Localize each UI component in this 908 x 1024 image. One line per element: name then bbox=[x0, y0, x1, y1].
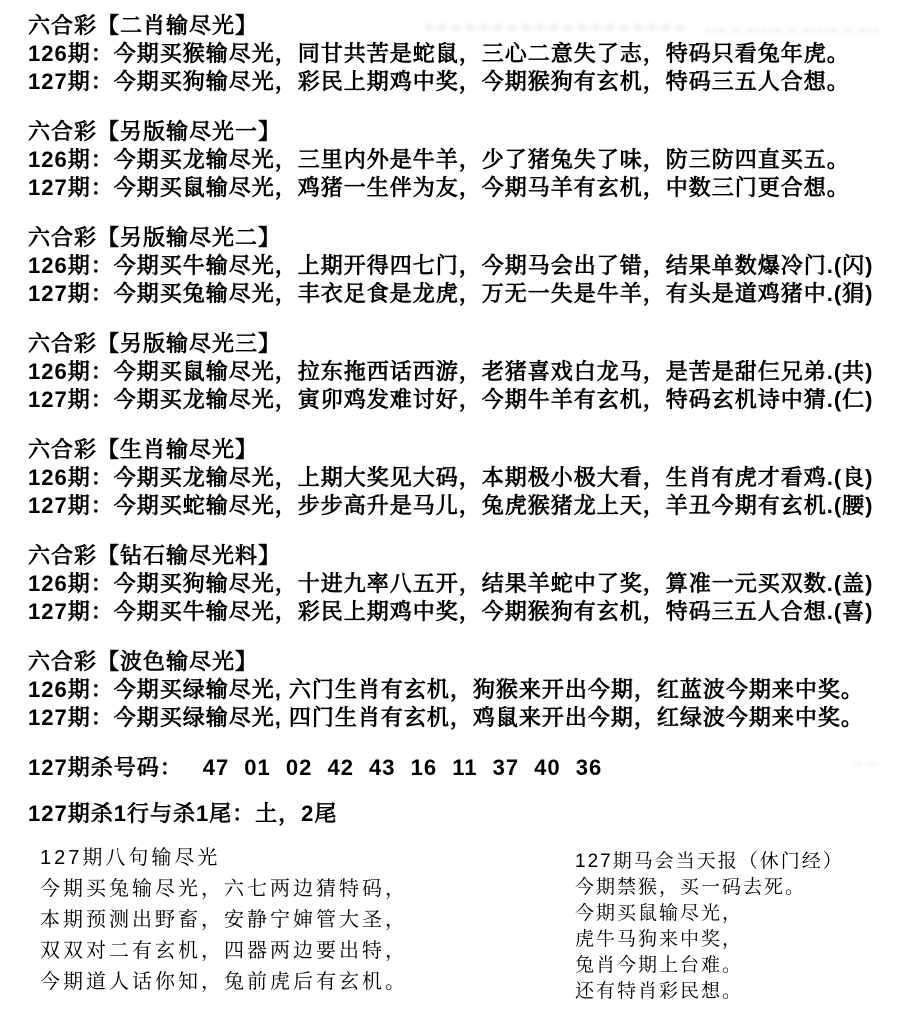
report-title: 127期马会当天报（休门经） bbox=[575, 849, 844, 875]
report-line: 兔肖今期上台难。 bbox=[575, 953, 844, 979]
report-line: 今期买鼠输尽光， bbox=[575, 901, 844, 927]
tip-section-alt-version-2: 六合彩【另版输尽光二】 126期：今期买牛输尽光，上期开得四七门，今期马会出了错… bbox=[28, 224, 908, 308]
report-line: 虎牛马狗来中奖， bbox=[575, 927, 844, 953]
kill-row-tail-line: 127期杀1行与杀1尾：土，2尾 bbox=[28, 800, 908, 828]
kill-numbers-line: 127期杀号码：47 01 02 42 43 16 11 37 40 36 bbox=[28, 754, 908, 782]
tip-line-126: 126期：今期买猴输尽光，同甘共苦是蛇鼠，三心二意失了志，特码只看兔年虎。 bbox=[28, 40, 908, 68]
poem-line: 今期买兔输尽光，六七两边猜特码， bbox=[40, 874, 408, 905]
tip-line-127: 127期：今期买绿输尽光, 四门生肖有玄机，鸡鼠来开出今期，红绿波今期来中奖。 bbox=[28, 704, 908, 732]
poem-title: 127期八句输尽光 bbox=[40, 843, 408, 874]
poem-line: 本期预测出野畜，安静宁婶管大圣， bbox=[40, 905, 408, 936]
tip-line-126: 126期：今期买龙输尽光，上期大奖见大码，本期极小极大看，生肖有虎才看鸡.(良) bbox=[28, 464, 908, 492]
kill-numbers-label: 127期杀号码： bbox=[28, 755, 183, 780]
tip-line-127: 127期：今期买兔输尽光，丰衣足食是龙虎，万无一失是牛羊，有头是道鸡猪中.(狷) bbox=[28, 280, 908, 308]
report-line: 还有特肖彩民想。 bbox=[575, 979, 844, 1005]
section-title: 六合彩【生肖输尽光】 bbox=[28, 436, 908, 464]
section-title: 六合彩【另版输尽光三】 bbox=[28, 330, 908, 358]
lottery-tips-document: 六合彩【二肖输尽光】 126期：今期买猴输尽光，同甘共苦是蛇鼠，三心二意失了志，… bbox=[0, 0, 908, 1024]
tip-line-126: 126期：今期买绿输尽光, 六门生肖有玄机，狗猴来开出今期，红蓝波今期来中奖。 bbox=[28, 676, 908, 704]
section-title: 六合彩【另版输尽光一】 bbox=[28, 118, 908, 146]
tip-section-wave-color: 六合彩【波色输尽光】 126期：今期买绿输尽光, 六门生肖有玄机，狗猴来开出今期… bbox=[28, 648, 908, 732]
section-title: 六合彩【另版输尽光二】 bbox=[28, 224, 908, 252]
eight-line-poem-block: 127期八句输尽光 今期买兔输尽光，六七两边猜特码， 本期预测出野畜，安静宁婶管… bbox=[40, 843, 408, 998]
tip-section-zodiac: 六合彩【生肖输尽光】 126期：今期买龙输尽光，上期大奖见大码，本期极小极大看，… bbox=[28, 436, 908, 520]
section-title: 六合彩【波色输尽光】 bbox=[28, 648, 908, 676]
tip-line-126: 126期：今期买牛输尽光，上期开得四七门，今期马会出了错，结果单数爆冷门.(闪) bbox=[28, 252, 908, 280]
tip-section-alt-version-1: 六合彩【另版输尽光一】 126期：今期买龙输尽光，三里内外是牛羊，少了猪兔失了味… bbox=[28, 118, 908, 202]
tip-line-127: 127期：今期买牛输尽光，彩民上期鸡中奖，今期猴狗有玄机，特码三五人合想.(喜) bbox=[28, 598, 908, 626]
tip-line-126: 126期：今期买狗输尽光，十进九率八五开，结果羊蛇中了奖，算准一元买双数.(盖) bbox=[28, 570, 908, 598]
kill-numbers-values: 47 01 02 42 43 16 11 37 40 36 bbox=[203, 754, 603, 782]
tip-line-127: 127期：今期买狗输尽光，彩民上期鸡中奖，今期猴狗有玄机，特码三五人合想。 bbox=[28, 68, 908, 96]
poem-line: 今期道人话你知，兔前虎后有玄机。 bbox=[40, 967, 408, 998]
section-title: 六合彩【二肖输尽光】 bbox=[28, 12, 908, 40]
tip-section-alt-version-3: 六合彩【另版输尽光三】 126期：今期买鼠输尽光，拉东拖西话西游，老猪喜戏白龙马… bbox=[28, 330, 908, 414]
tip-section-diamond: 六合彩【钻石输尽光料】 126期：今期买狗输尽光，十进九率八五开，结果羊蛇中了奖… bbox=[28, 542, 908, 626]
tip-line-127: 127期：今期买鼠输尽光，鸡猪一生伴为友，今期马羊有玄机，中数三门更合想。 bbox=[28, 174, 908, 202]
tip-line-126: 126期：今期买龙输尽光，三里内外是牛羊，少了猪兔失了味，防三防四直买五。 bbox=[28, 146, 908, 174]
tip-line-127: 127期：今期买龙输尽光，寅卯鸡发难讨好，今期牛羊有玄机，特码玄机诗中猜.(仁) bbox=[28, 386, 908, 414]
tip-line-126: 126期：今期买鼠输尽光，拉东拖西话西游，老猪喜戏白龙马，是苦是甜仨兄弟.(共) bbox=[28, 358, 908, 386]
tip-line-127: 127期：今期买蛇输尽光，步步高升是马儿，兔虎猴猪龙上天，羊丑今期有玄机.(腰) bbox=[28, 492, 908, 520]
poem-line: 双双对二有玄机，四器两边要出特， bbox=[40, 936, 408, 967]
report-line: 今期禁猴，买一码去死。 bbox=[575, 875, 844, 901]
daily-report-block: 127期马会当天报（休门经） 今期禁猴，买一码去死。 今期买鼠输尽光， 虎牛马狗… bbox=[575, 849, 844, 1005]
tip-section-two-zodiac: 六合彩【二肖输尽光】 126期：今期买猴输尽光，同甘共苦是蛇鼠，三心二意失了志，… bbox=[28, 12, 908, 96]
section-title: 六合彩【钻石输尽光料】 bbox=[28, 542, 908, 570]
